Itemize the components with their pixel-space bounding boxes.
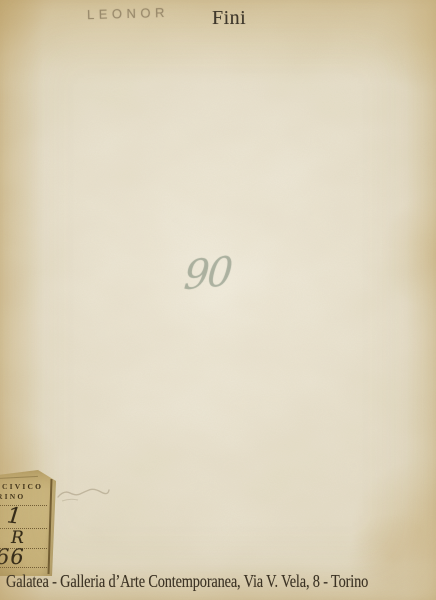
label-call-number-3: 66 [0, 547, 25, 568]
label-printed-line-2: RINO [0, 492, 25, 501]
label-top-border [0, 476, 38, 479]
edge-vignette [0, 0, 436, 600]
handwritten-number: 90 [182, 249, 233, 300]
pencil-inscription: LEONOR [87, 5, 169, 22]
pencil-scribble [56, 484, 112, 506]
label-call-number-1: 1 [6, 505, 22, 528]
library-label: CIVICO RINO 1 R 66 [0, 470, 58, 576]
page-title: Fini [212, 7, 246, 30]
catalog-cover-scan: Fini LEONOR 90 CIVICO RINO 1 R 66 Galate… [0, 0, 436, 600]
label-right-border [48, 479, 52, 574]
label-printed-line-1: CIVICO [2, 482, 43, 491]
gallery-imprint: Galatea - Galleria d’Arte Contemporanea,… [6, 571, 432, 592]
paper-texture-overlay [0, 0, 436, 600]
label-dotted-rule [0, 567, 47, 568]
